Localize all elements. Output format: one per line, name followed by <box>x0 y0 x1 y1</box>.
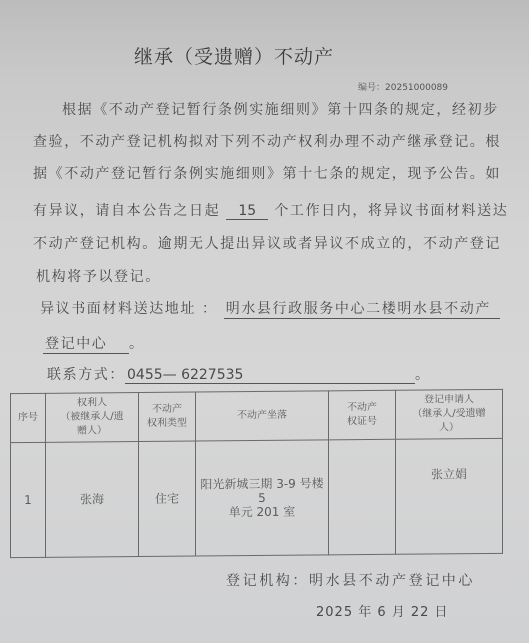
objection-days: 15 <box>226 203 268 220</box>
document-title: 继承（受遗赠）不动产 <box>134 42 334 69</box>
cell-applicant: 张立娟 <box>396 438 503 554</box>
header-right-holder: 权利人 （被继承人/遗 赠人） <box>46 393 139 443</box>
header-applicant: 登记申请人 （继承人/受遗赠 人） <box>396 389 503 439</box>
objection-prefix: 有异议，请自本公告之日起 <box>33 203 220 219</box>
cell-location: 阳光新城三期 3-9 号楼 5 单元 201 室 <box>196 440 329 556</box>
header-right-type: 不动产 权利类型 <box>139 392 196 441</box>
body-line-2: 查验，不动产登记机构拟对下列不动产权利办理不动产继承登记。根 <box>33 131 501 151</box>
table-row: 1 张海 住宅 阳光新城三期 3-9 号楼 5 单元 201 室 张立娟 <box>11 438 503 557</box>
notice-document: 继承（受遗赠）不动产 编号：20251000089 根据《不动产登记暂行条例实施… <box>0 0 529 643</box>
document-number-label: 编号： <box>358 83 385 93</box>
body-line-4: 不动产登记机构。逾期无人提出异议或者异议不成立的，不动产登记 <box>33 233 501 253</box>
document-number: 编号：20251000089 <box>358 80 448 93</box>
contact-line: 联系方式：0455— 6227535。 <box>47 364 431 384</box>
address-label: 异议书面材料送达地址 ： <box>40 301 218 317</box>
address-value-2: 登记中心 <box>43 333 129 354</box>
address-end: 。 <box>129 336 145 352</box>
header-certificate-no: 不动产 权证号 <box>329 390 396 440</box>
document-number-value: 20251000089 <box>385 83 448 93</box>
body-line-3: 据《不动产登记暂行条例实施细则》第十七条的规定，现予公告。如 <box>33 163 501 183</box>
authority-name: 明水县不动产登记中心 <box>309 573 475 589</box>
header-seq: 序号 <box>11 393 46 442</box>
property-table: 序号 权利人 （被继承人/遗 赠人） 不动产 权利类型 不动产坐落 不动产 权证… <box>10 389 503 558</box>
notice-date: 2025 年 6 月 22 日 <box>316 601 449 620</box>
address-line: 异议书面材料送达地址 ： 明水县行政服务中心二楼明水县不动产 <box>40 298 500 319</box>
body-line-1: 根据《不动产登记暂行条例实施细则》第十四条的规定，经初步 <box>62 99 499 119</box>
objection-period-line: 有异议，请自本公告之日起 15 个工作日内，将异议书面材料送达 <box>33 200 508 220</box>
table-header-row: 序号 权利人 （被继承人/遗 赠人） 不动产 权利类型 不动产坐落 不动产 权证… <box>11 389 503 442</box>
authority-label: 登记机构： <box>226 573 309 589</box>
objection-suffix: 个工作日内，将异议书面材料送达 <box>274 203 508 219</box>
registration-authority: 登记机构：明水县不动产登记中心 <box>226 570 475 590</box>
cell-seq: 1 <box>11 442 46 557</box>
cell-right-type: 住宅 <box>139 441 196 556</box>
contact-label: 联系方式： <box>47 367 125 383</box>
body-line-5: 机构将予以登记。 <box>36 266 161 286</box>
cell-certificate-no <box>329 439 396 555</box>
contact-phone: 0455— 6227535 <box>125 367 415 384</box>
address-value-1: 明水县行政服务中心二楼明水县不动产 <box>224 298 500 319</box>
address-line-2: 登记中心。 <box>43 333 145 354</box>
header-location: 不动产坐落 <box>196 391 329 441</box>
contact-end: 。 <box>415 367 431 383</box>
cell-right-holder: 张海 <box>46 442 139 558</box>
